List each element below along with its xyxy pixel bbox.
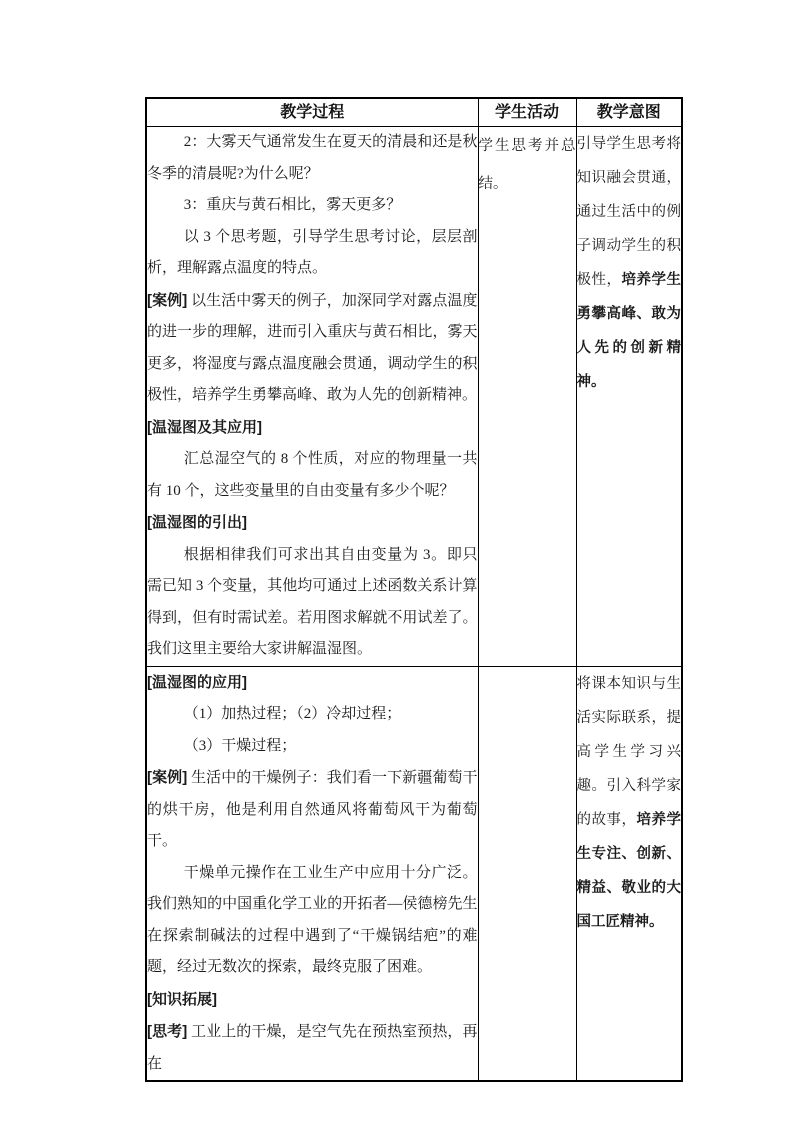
column-header-teaching-intent: 教学意图 — [576, 98, 682, 127]
paragraph: 汇总湿空气的 8 个性质，对应的物理量一共有 10 个，这些变量里的自由变量有多… — [147, 444, 478, 507]
table-row: [温湿图的应用]（1）加热过程；（2）冷却过程；（3）干燥过程；[案例] 生活中… — [146, 666, 682, 1081]
paragraph: （1）加热过程；（2）冷却过程； — [147, 699, 478, 731]
paragraph: [案例] 生活中的干燥例子：我们看一下新疆葡萄干的烘干房，他是利用自然通风将葡萄… — [147, 762, 478, 858]
paragraph: 根据相律我们可求出其自由变量为 3。即只需已知 3 个变量，其他均可通过上述函数… — [147, 540, 478, 666]
student-activity-cell — [478, 666, 576, 1081]
teaching-intent-cell: 将课本知识与生活实际联系，提高学生学习兴趣。引入科学家的故事，培养学生专注、创新… — [576, 666, 682, 1081]
paragraph: 以 3 个思考题，引导学生思考讨论，层层剖析，理解露点温度的特点。 — [147, 222, 478, 285]
header-row: 教学过程 学生活动 教学意图 — [146, 98, 682, 127]
lesson-plan-table: 教学过程 学生活动 教学意图 2：大雾天气通常发生在夏天的清晨和还是秋冬季的清晨… — [145, 97, 683, 1082]
column-header-student-activity: 学生活动 — [478, 98, 576, 127]
paragraph: [案例] 以生活中雾天的例子，加深同学对露点温度的进一步的理解，进而引入重庆与黄… — [147, 285, 478, 412]
teaching-process-cell: 2：大雾天气通常发生在夏天的清晨和还是秋冬季的清晨呢?为什么呢？3：重庆与黄石相… — [146, 127, 478, 667]
paragraph: [温湿图的应用] — [147, 667, 478, 700]
paragraph: [思考] 工业上的干燥，是空气先在预热室预热，再在 — [147, 1016, 478, 1080]
paragraph: [知识拓展] — [147, 984, 478, 1017]
paragraph: 干燥单元操作在工业生产中应用十分广泛。我们熟知的中国重化学工业的开拓者—侯德榜先… — [147, 858, 478, 984]
paragraph: [温湿图的引出] — [147, 507, 478, 540]
student-activity-cell: 学生思考并总结。 — [478, 127, 576, 667]
activity-text: 学生思考并总结。 — [479, 127, 576, 203]
paragraph: （3）干燥过程； — [147, 731, 478, 763]
paragraph: 引导学生思考将知识融会贯通，通过生活中的例子调动学生的积极性，培养学生勇攀高峰、… — [577, 127, 682, 399]
column-header-teaching-process: 教学过程 — [146, 98, 478, 127]
table-row: 2：大雾天气通常发生在夏天的清晨和还是秋冬季的清晨呢?为什么呢？3：重庆与黄石相… — [146, 127, 682, 667]
paragraph: 将课本知识与生活实际联系，提高学生学习兴趣。引入科学家的故事，培养学生专注、创新… — [577, 667, 682, 939]
paragraph: 2：大雾天气通常发生在夏天的清晨和还是秋冬季的清晨呢?为什么呢？ — [147, 127, 478, 190]
teaching-intent-cell: 引导学生思考将知识融会贯通，通过生活中的例子调动学生的积极性，培养学生勇攀高峰、… — [576, 127, 682, 667]
paragraph: [温湿图及其应用] — [147, 412, 478, 445]
document-page: 教学过程 学生活动 教学意图 2：大雾天气通常发生在夏天的清晨和还是秋冬季的清晨… — [0, 0, 794, 1123]
paragraph: 3：重庆与黄石相比，雾天更多？ — [147, 190, 478, 222]
teaching-process-cell: [温湿图的应用]（1）加热过程；（2）冷却过程；（3）干燥过程；[案例] 生活中… — [146, 666, 478, 1081]
